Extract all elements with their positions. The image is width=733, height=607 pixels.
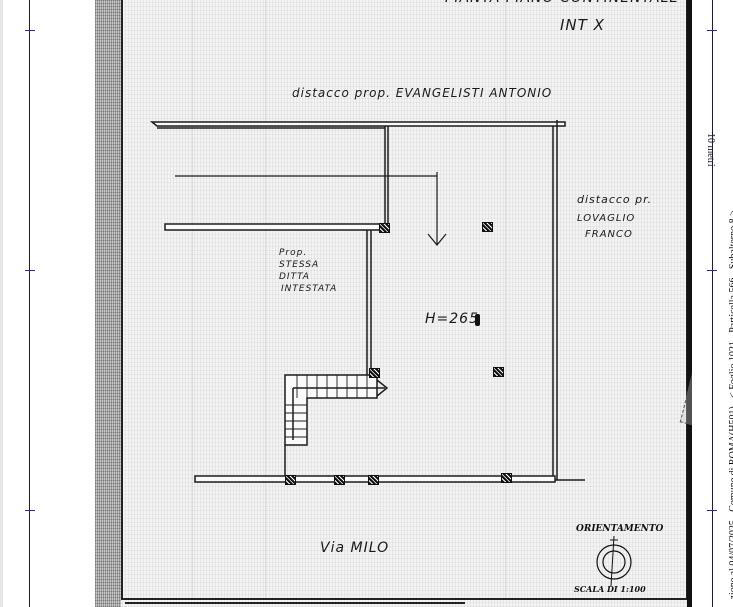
ruler-tick: [707, 270, 717, 271]
scanned-floor-plan-sheet: PIANTA PIANO CONTINENTALE INT X distacco…: [95, 0, 692, 607]
pillar-marker: [501, 473, 512, 483]
floor-plan-drawing: [95, 0, 692, 607]
pillar-marker: [379, 223, 390, 233]
pillar-marker: [369, 368, 380, 378]
orientation-title: ORIENTAMENTO: [576, 524, 663, 534]
ruler-tick: [25, 30, 35, 31]
pillar-marker: [334, 475, 345, 485]
pillar-marker: [482, 222, 493, 232]
ruler-tick: [707, 510, 717, 511]
ruler-tick: [707, 30, 717, 31]
pillar-marker: [368, 475, 379, 485]
cadastral-reference-caption: ...zione al 04/07/2025 - Comune di ROMA(…: [728, 210, 733, 607]
left-measurement-ruler: [29, 0, 30, 607]
sheet-bottom-edge: [125, 602, 465, 604]
scale-label: SCALA DI 1:100: [574, 584, 646, 594]
ruler-scale-label: 10 metri: [705, 133, 716, 167]
orientation-legend: ORIENTAMENTO SCALA DI 1:100: [570, 520, 692, 600]
ruler-tick: [25, 270, 35, 271]
compass-icon: [590, 534, 640, 586]
right-measurement-ruler: [712, 0, 713, 607]
viewer-left-margin: [0, 0, 95, 607]
pillar-marker: [493, 367, 504, 377]
pillar-marker: [285, 475, 296, 485]
ruler-tick: [25, 510, 35, 511]
